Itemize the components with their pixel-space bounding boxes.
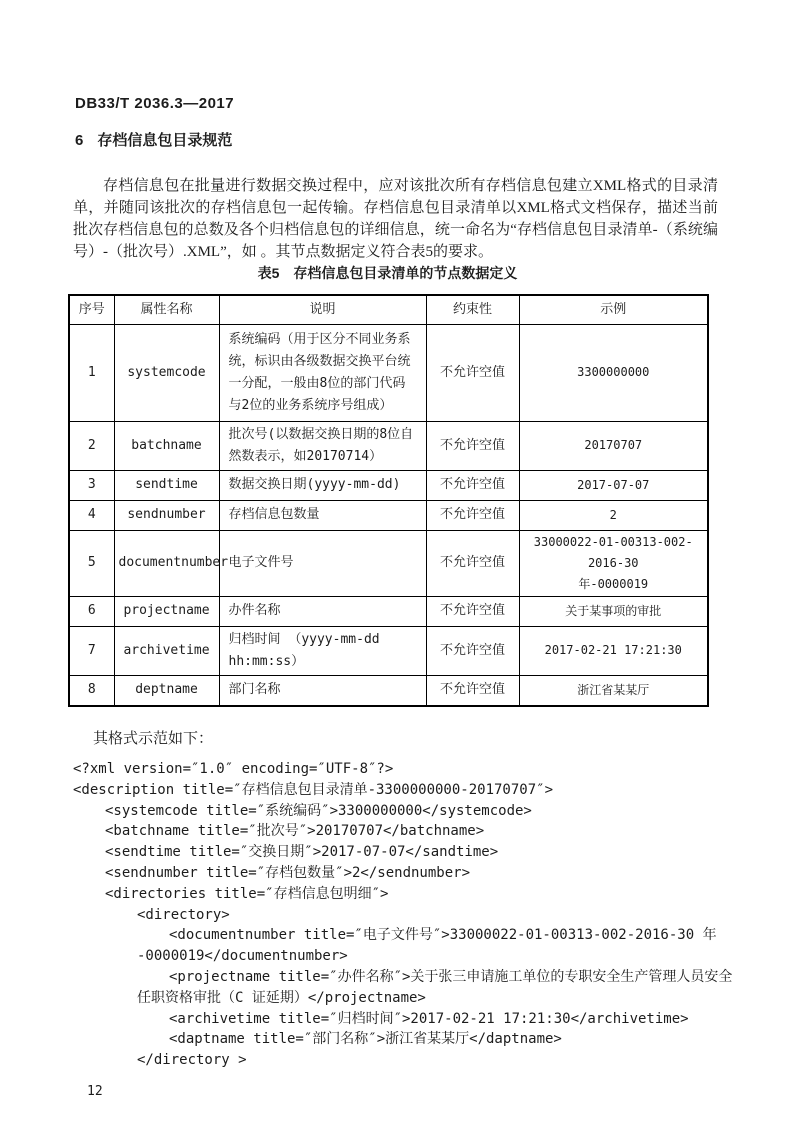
code-line: </directory > [73,1050,793,1071]
code-line: 任职资格审批（C 证延期）</projectname> [73,988,793,1009]
table-cell: 不允许空值 [426,500,519,530]
table-cell: 1 [69,324,114,421]
table-cell: 5 [69,530,114,596]
table-cell: 不允许空值 [426,324,519,421]
table-cell: 3300000000 [519,324,708,421]
table-cell: 2 [69,421,114,470]
code-intro: 其格式示范如下： [73,729,793,750]
table-row: 2batchname批次号(以数据交换日期的8位自然数表示，如20170714）… [69,421,708,470]
table-cell: sendtime [114,470,219,500]
table-cell: 办件名称 [219,596,426,626]
table-cell: 数据交换日期(yyyy-mm-dd) [219,470,426,500]
table-cell: 不允许空值 [426,470,519,500]
table-cell: 关于某事项的审批 [519,596,708,626]
table-row: 7archivetime归档时间 （yyyy-mm-dd hh:mm:ss）不允… [69,626,708,675]
table-cell: 2 [519,500,708,530]
code-line: <documentnumber title=″电子文件号″>33000022-0… [73,925,793,946]
table-cell: 部门名称 [219,675,426,706]
code-line: <sendtime title=″交换日期″>2017-07-07</sandt… [73,842,793,863]
table-cell: 8 [69,675,114,706]
section-heading: 6存档信息包目录规范 [75,133,793,149]
table-row: 6projectname办件名称不允许空值关于某事项的审批 [69,596,708,626]
table-body: 1systemcode系统编码（用于区分不同业务系统，标识由各级数据交换平台统一… [69,324,708,706]
table-cell: 7 [69,626,114,675]
table-cell: 2017-02-21 17:21:30 [519,626,708,675]
body-paragraph: 存档信息包在批量进行数据交换过程中，应对该批次所有存档信息包建立XML格式的目录… [73,175,718,263]
column-header: 属性名称 [114,295,219,324]
table-cell: 不允许空值 [426,530,519,596]
table-cell: archivetime [114,626,219,675]
code-line: <batchname title=″批次号″>20170707</batchna… [73,821,793,842]
table-cell: 批次号(以数据交换日期的8位自然数表示，如20170714） [219,421,426,470]
table-cell: 不允许空值 [426,626,519,675]
section-title: 存档信息包目录规范 [97,132,232,149]
section-number: 6 [75,132,83,149]
table-cell: 不允许空值 [426,421,519,470]
table-cell: 2017-07-07 [519,470,708,500]
table-row: 8deptname部门名称不允许空值浙江省某某厅 [69,675,708,706]
code-line: -0000019</documentnumber> [73,946,793,967]
table-row: 4sendnumber存档信息包数量不允许空值2 [69,500,708,530]
code-line: <?xml version=″1.0″ encoding=″UTF-8″?> [73,759,793,780]
table-row: 1systemcode系统编码（用于区分不同业务系统，标识由各级数据交换平台统一… [69,324,708,421]
table-cell: 20170707 [519,421,708,470]
table-cell: 电子文件号 [219,530,426,596]
table-cell: 不允许空值 [426,675,519,706]
table-cell: documentnumber [114,530,219,596]
table-cell: 系统编码（用于区分不同业务系统，标识由各级数据交换平台统一分配，一般由8位的部门… [219,324,426,421]
document-page: DB33/T 2036.3—2017 6存档信息包目录规范 存档信息包在批量进行… [0,0,793,1122]
table-cell: deptname [114,675,219,706]
table-row: 3sendtime数据交换日期(yyyy-mm-dd)不允许空值2017-07-… [69,470,708,500]
table-cell: 33000022-01-00313-002-2016-30 年-0000019 [519,530,708,596]
table-header-row: 序号属性名称说明约束性示例 [69,295,708,324]
code-line: <directory> [73,905,793,926]
column-header: 约束性 [426,295,519,324]
table-cell: systemcode [114,324,219,421]
table-cell: 存档信息包数量 [219,500,426,530]
code-line: <sendnumber title=″存档包数量″>2</sendnumber> [73,863,793,884]
table-caption: 表5 存档信息包目录清单的节点数据定义 [68,265,707,281]
code-line: <projectname title=″办件名称″>关于张三申请施工单位的专职安… [73,967,793,988]
table-cell: 3 [69,470,114,500]
doc-number: DB33/T 2036.3—2017 [75,96,793,111]
table-cell: 不允许空值 [426,596,519,626]
column-header: 序号 [69,295,114,324]
xml-code-block: <?xml version=″1.0″ encoding=″UTF-8″?><d… [73,759,793,1071]
page-number: 12 [87,1084,793,1099]
code-line: <systemcode title=″系统编码″>3300000000</sys… [73,801,793,822]
table-cell: 浙江省某某厅 [519,675,708,706]
column-header: 说明 [219,295,426,324]
table-cell: 6 [69,596,114,626]
code-line: <archivetime title=″归档时间″>2017-02-21 17:… [73,1009,793,1030]
table-cell: batchname [114,421,219,470]
table-cell: 4 [69,500,114,530]
code-line: <description title=″存档信息包目录清单-3300000000… [73,780,793,801]
node-definition-table: 序号属性名称说明约束性示例 1systemcode系统编码（用于区分不同业务系统… [68,294,709,707]
table-row: 5documentnumber电子文件号不允许空值33000022-01-003… [69,530,708,596]
table-cell: projectname [114,596,219,626]
code-line: <directories title=″存档信息包明细″> [73,884,793,905]
table-cell: 归档时间 （yyyy-mm-dd hh:mm:ss） [219,626,426,675]
table-cell: sendnumber [114,500,219,530]
code-line: <daptname title=″部门名称″>浙江省某某厅</daptname> [73,1029,793,1050]
column-header: 示例 [519,295,708,324]
